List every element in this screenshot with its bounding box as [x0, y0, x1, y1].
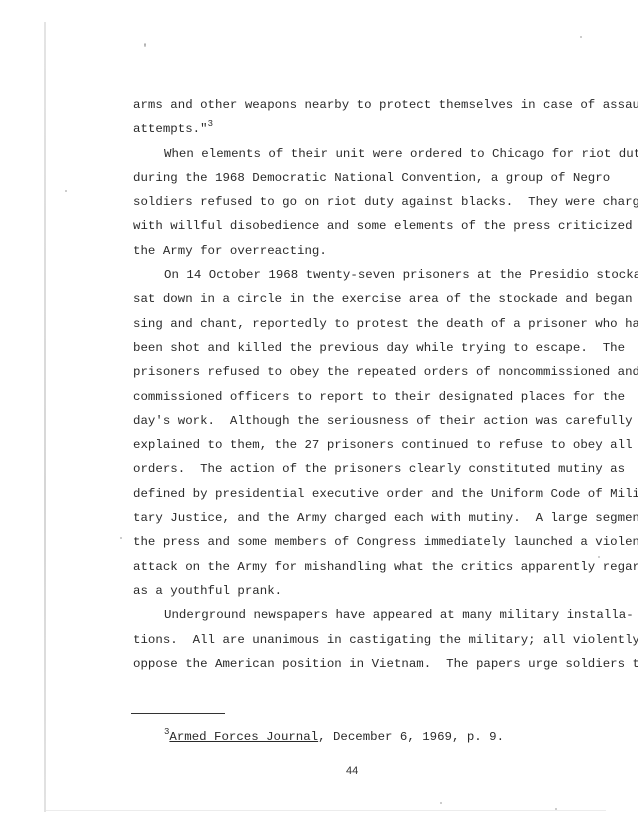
text-line-content: prisoners refused to obey the repeated o…: [133, 365, 638, 379]
text-line: attempts."3: [133, 117, 593, 141]
text-line-content: the press and some members of Congress i…: [133, 535, 638, 549]
text-line: day's work. Although the seriousness of …: [133, 409, 593, 433]
text-line: sing and chant, reportedly to protest th…: [133, 312, 593, 336]
text-line: commissioned officers to report to their…: [133, 385, 593, 409]
text-line-content: as a youthful prank.: [133, 584, 282, 598]
text-line: defined by presidential executive order …: [133, 482, 593, 506]
page-number: 44: [346, 765, 358, 777]
text-line: soldiers refused to go on riot duty agai…: [133, 190, 593, 214]
text-line-content: been shot and killed the previous day wh…: [133, 341, 625, 355]
text-line-content: tions. All are unanimous in castigating …: [133, 633, 638, 647]
text-line-content: attack on the Army for mishandling what …: [133, 560, 638, 574]
stray-mark: ': [142, 44, 148, 55]
text-line-content: arms and other weapons nearby to protect…: [133, 98, 638, 112]
text-line-content: soldiers refused to go on riot duty agai…: [133, 195, 638, 209]
text-line: On 14 October 1968 twenty-seven prisoner…: [133, 263, 593, 287]
scan-speck: [555, 808, 557, 810]
text-line: oppose the American position in Vietnam.…: [133, 652, 593, 676]
text-line: during the 1968 Democratic National Conv…: [133, 166, 593, 190]
text-line: been shot and killed the previous day wh…: [133, 336, 593, 360]
text-line-content: oppose the American position in Vietnam.…: [133, 657, 638, 671]
text-line: orders. The action of the prisoners clea…: [133, 457, 593, 481]
footnote-reference: 3: [208, 119, 213, 129]
footnote-citation: , December 6, 1969, p. 9.: [318, 730, 504, 744]
footnote-rule: [131, 713, 225, 714]
text-line: tary Justice, and the Army charged each …: [133, 506, 593, 530]
text-line-content: sat down in a circle in the exercise are…: [133, 292, 638, 306]
text-line: When elements of their unit were ordered…: [133, 142, 593, 166]
text-line: arms and other weapons nearby to protect…: [133, 93, 593, 117]
text-line-content: day's work. Although the seriousness of …: [133, 414, 633, 428]
text-line-content: sing and chant, reportedly to protest th…: [133, 317, 638, 331]
footnote-mark: 3: [164, 727, 169, 737]
text-line: Underground newspapers have appeared at …: [133, 603, 593, 627]
scan-speck: [598, 556, 600, 558]
text-line: as a youthful prank.: [133, 579, 593, 603]
page-bottom-edge: [46, 810, 606, 811]
text-line: sat down in a circle in the exercise are…: [133, 287, 593, 311]
text-line-content: On 14 October 1968 twenty-seven prisoner…: [164, 268, 638, 282]
text-line: with willful disobedience and some eleme…: [133, 214, 593, 238]
text-line: prisoners refused to obey the repeated o…: [133, 360, 593, 384]
text-line-content: orders. The action of the prisoners clea…: [133, 462, 625, 476]
scan-speck: [65, 190, 67, 192]
text-line-content: When elements of their unit were ordered…: [164, 147, 638, 161]
body-text: arms and other weapons nearby to protect…: [133, 93, 593, 676]
text-line-content: explained to them, the 27 prisoners cont…: [133, 438, 633, 452]
text-line-content: defined by presidential executive order …: [133, 487, 638, 501]
text-line-content: attempts.": [133, 122, 208, 136]
text-line-content: commissioned officers to report to their…: [133, 390, 625, 404]
page-left-edge: [44, 22, 46, 812]
text-line-content: with willful disobedience and some eleme…: [133, 219, 633, 233]
text-line-content: tary Justice, and the Army charged each …: [133, 511, 638, 525]
text-line-content: during the 1968 Democratic National Conv…: [133, 171, 610, 185]
text-line: tions. All are unanimous in castigating …: [133, 628, 593, 652]
footnote: 3Armed Forces Journal, December 6, 1969,…: [164, 730, 504, 744]
text-line-content: the Army for overreacting.: [133, 244, 327, 258]
text-line: attack on the Army for mishandling what …: [133, 555, 593, 579]
text-line-content: Underground newspapers have appeared at …: [164, 608, 634, 622]
text-line: the Army for overreacting.: [133, 239, 593, 263]
footnote-source-title: Armed Forces Journal: [169, 730, 318, 744]
scan-speck: [120, 537, 122, 539]
scan-speck: [440, 802, 442, 804]
scan-speck: [580, 36, 582, 38]
text-line: explained to them, the 27 prisoners cont…: [133, 433, 593, 457]
text-line: the press and some members of Congress i…: [133, 530, 593, 554]
